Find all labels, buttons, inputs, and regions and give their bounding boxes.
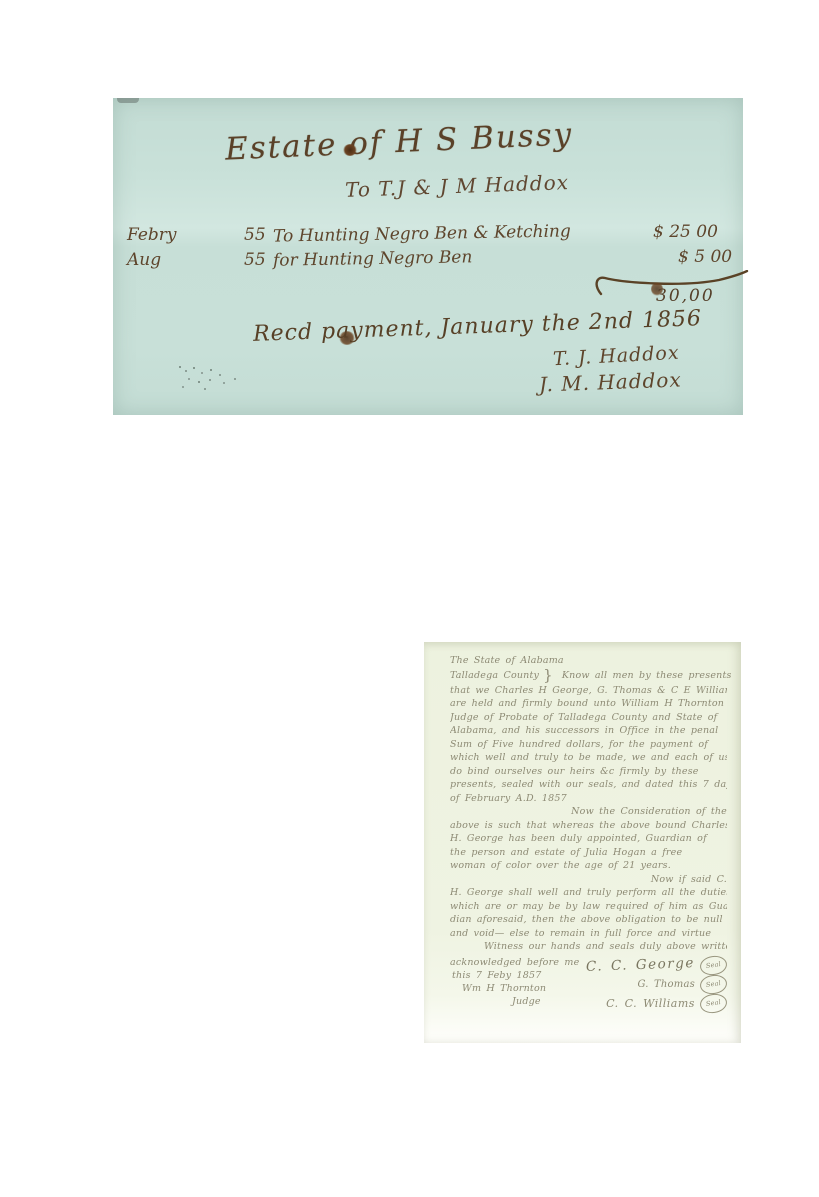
signature: C. C. Williams — [606, 996, 695, 1011]
entry-description: To Hunting Negro Ben & Ketching — [273, 221, 571, 246]
attestation-block: acknowledged before me this 7 Feby 1857 … — [450, 956, 586, 1013]
bond-line: which are or may be by law required of h… — [450, 900, 727, 914]
paper-edge-smudge — [117, 98, 139, 103]
bond-line: of February A.D. 1857 — [450, 792, 727, 806]
bond-line: Alabama, and his successors in Office in… — [450, 724, 727, 738]
signature: G. Thomas — [637, 977, 695, 992]
bond-line: H. George has been duly appointed, Guard… — [450, 832, 727, 846]
attestation-line: acknowledged before me — [450, 956, 586, 969]
entry-month: Febry — [127, 225, 177, 245]
entry-year: 55 — [244, 225, 266, 245]
bond-line: dian aforesaid, then the above obligatio… — [450, 913, 727, 927]
entry-description: for Hunting Negro Ben — [273, 247, 473, 270]
signature-row: G. Thomas Seal — [586, 975, 727, 994]
attestation-line: Judge — [450, 995, 586, 1008]
signature: J. M. Haddox — [539, 368, 682, 397]
signature-zone: acknowledged before me this 7 Feby 1857 … — [450, 956, 727, 1013]
bond-line: Judge of Probate of Talladega County and… — [450, 711, 727, 725]
seal-mark: Seal — [699, 954, 728, 977]
entry-amount: $ 5 00 — [678, 247, 732, 267]
bond-line: which well and truly to be made, we and … — [450, 751, 727, 765]
bond-line: and void— else to remain in full force a… — [450, 927, 727, 941]
receipt-total: 30,00 — [656, 286, 715, 306]
payment-received-line: Recd payment, January the 2nd 1856 — [253, 306, 703, 347]
bond-line: Now if said C. — [450, 873, 727, 887]
signature: T. J. Haddox — [553, 342, 681, 371]
bond-line: presents, sealed with our seals, and dat… — [450, 778, 727, 792]
seal-mark: Seal — [699, 973, 728, 996]
entry-amount: $ 25 00 — [653, 222, 718, 242]
bond-line: Now the Consideration of the — [450, 805, 727, 819]
signature-row: C. C. Williams Seal — [586, 994, 727, 1013]
bond-line: do bind ourselves our heirs &c firmly by… — [450, 765, 727, 779]
bond-line: Sum of Five hundred dollars, for the pay… — [450, 738, 727, 752]
bond-line: that we Charles H George, G. Thomas & C … — [450, 684, 727, 698]
county-opening-line: Talladega County } Know all men by these… — [450, 668, 727, 684]
entry-month: Aug — [127, 250, 161, 270]
signatures-block: C. C. George Seal G. Thomas Seal C. C. W… — [586, 956, 727, 1013]
receipt-addressee: To T.J & J M Haddox — [345, 170, 570, 202]
receipt-title: Estate of H S Bussy — [224, 116, 573, 167]
bond-opening: Know all men by these presents — [562, 669, 732, 683]
paper-speckles — [179, 366, 181, 368]
receipt-document: Estate of H S Bussy To T.J & J M Haddox … — [113, 98, 743, 415]
bond-line: are held and firmly bound unto William H… — [450, 697, 727, 711]
bond-line: Witness our hands and seals duly above w… — [450, 940, 727, 954]
bond-line: the person and estate of Julia Hogan a f… — [450, 846, 727, 860]
attestation-line: Wm H Thornton — [450, 982, 586, 995]
brace-mark: } — [543, 669, 553, 683]
ink-blot — [343, 144, 357, 156]
attestation-line: this 7 Feby 1857 — [450, 969, 586, 982]
county-name: Talladega County — [450, 669, 539, 683]
bond-line: H. George shall well and truly perform a… — [450, 886, 727, 900]
bond-line: above is such that whereas the above bou… — [450, 819, 727, 833]
guardianship-bond-document: The State of Alabama Talladega County } … — [424, 642, 741, 1043]
signature-row: C. C. George Seal — [586, 956, 727, 975]
scan-page: Estate of H S Bussy To T.J & J M Haddox … — [0, 0, 819, 1197]
bond-heading: The State of Alabama — [450, 654, 727, 668]
signature: C. C. George — [586, 956, 695, 975]
entry-year: 55 — [244, 250, 266, 270]
bond-line: woman of color over the age of 21 years. — [450, 859, 727, 873]
seal-mark: Seal — [699, 992, 728, 1015]
